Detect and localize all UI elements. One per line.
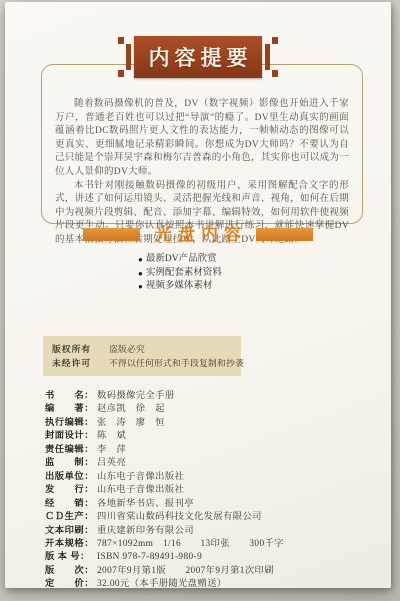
colophon-label: 开本规格：	[45, 538, 97, 551]
colophon-label: 书 名：	[45, 390, 97, 403]
bullet-icon: ●	[138, 267, 143, 281]
scanned-book-page: { "colors": { "banner_rust": "#97421f", …	[0, 0, 400, 601]
cd-list-item: ● 最新DV产品欣赏	[138, 253, 222, 267]
banner-ornament-icon	[272, 37, 278, 44]
cd-contents-heading: 光盘内容	[5, 226, 391, 243]
book-page: 内容提要 随着数码摄像机的普及，DV（数字视频）影像也开始进入千家万户，普通老百…	[5, 2, 391, 588]
colophon-value: 山东电子音像出版社	[97, 471, 184, 484]
cd-contents-list: ● 最新DV产品欣赏 ● 实例配套素材资料 ● 视频多媒体素材	[138, 253, 222, 294]
colophon-label: 定 价：	[45, 578, 97, 591]
colophon-value: 数码摄像完全手册	[97, 390, 175, 403]
colophon-row: 开本规格： 787×1092mm 1/16 13印张 300千字	[45, 538, 371, 551]
colophon-label: 版 本 号：	[45, 551, 97, 564]
colophon-label: 版 次：	[45, 565, 97, 578]
colophon-row: 出版单位： 山东电子音像出版社	[45, 471, 371, 484]
banner-ornament-icon	[126, 44, 131, 70]
content-summary-box: 随着数码摄像机的普及，DV（数字视频）影像也开始进入千家万户，普通老百姓也可以过…	[41, 64, 363, 224]
colophon-value: 陈 斌	[97, 430, 126, 443]
heading-bar-left	[83, 228, 140, 241]
colophon-row: 经 销： 各地新华书店、报刊亭	[45, 498, 371, 511]
colophon-value: 787×1092mm 1/16 13印张 300千字	[97, 538, 284, 551]
cd-item-label: 实例配套素材资料	[146, 267, 222, 281]
cd-list-item: ● 实例配套素材资料	[138, 267, 222, 281]
banner-ornament-icon	[118, 70, 124, 77]
heading-bar-right	[256, 228, 313, 241]
cd-contents-title: 光盘内容	[149, 226, 247, 243]
colophon-value: 32.00元（本手册随光盘赠送）	[97, 578, 227, 591]
colophon-value: 张 涛 廖 恒	[97, 417, 165, 430]
colophon-row: 书 名： 数码摄像完全手册	[45, 390, 371, 403]
colophon-value: ISBN 978-7-89491-980-9	[97, 551, 202, 564]
colophon-label: 文本印刷：	[45, 525, 97, 538]
colophon-row: 版 本 号： ISBN 978-7-89491-980-9	[45, 551, 371, 564]
summary-paragraph-1: 随着数码摄像机的普及，DV（数字视频）影像也开始进入千家万户，普通老百姓也可以过…	[42, 98, 362, 180]
colophon-label: 封面设计：	[45, 430, 97, 443]
colophon-row: 封面设计： 陈 斌	[45, 430, 371, 443]
cd-item-label: 视频多媒体素材	[146, 280, 213, 294]
banner-ornament-icon	[265, 44, 270, 70]
colophon-value: 李 萍	[97, 444, 126, 457]
colophon-row: ＣＤ生产： 四川省棠山数码科技文化发展有限公司	[45, 511, 371, 524]
colophon-value: 重庆建新印务有限公司	[97, 525, 194, 538]
colophon-label: 执行编辑：	[45, 417, 97, 430]
colophon-label: 监 制：	[45, 457, 97, 470]
colophon: 书 名： 数码摄像完全手册 编 著： 赵彦凯 徐 起 执行编辑： 张 涛 廖 恒…	[45, 390, 371, 592]
copyright-label: 未经许可	[52, 356, 109, 370]
colophon-row: 执行编辑： 张 涛 廖 恒	[45, 417, 371, 430]
copyright-text: 盗版必究	[109, 342, 145, 356]
cd-list-item: ● 视频多媒体素材	[138, 280, 222, 294]
colophon-row: 版 次： 2007年9月第1版 2007年9月第1次印刷	[45, 565, 371, 578]
colophon-value: 赵彦凯 徐 起	[97, 403, 165, 416]
cd-item-label: 最新DV产品欣赏	[146, 253, 217, 267]
colophon-value: 吕英亮	[97, 457, 126, 470]
colophon-label: 责任编辑：	[45, 444, 97, 457]
colophon-row: 责任编辑： 李 萍	[45, 444, 371, 457]
colophon-label: 经 销：	[45, 498, 97, 511]
colophon-label: 出版单位：	[45, 471, 97, 484]
copyright-notice-box: 版权所有 盗版必究 未经许可 不得以任何形式和手段复制和抄袭	[43, 336, 241, 376]
copyright-row: 版权所有 盗版必究	[52, 342, 241, 356]
banner-ornament-icon	[118, 37, 124, 44]
colophon-label: ＣＤ生产：	[45, 511, 97, 524]
colophon-value: 2007年9月第1版 2007年9月第1次印刷	[97, 565, 274, 578]
colophon-value: 山东电子音像出版社	[97, 484, 184, 497]
colophon-value: 各地新华书店、报刊亭	[97, 498, 194, 511]
content-summary-title: 内容提要	[144, 42, 253, 72]
colophon-row: 编 著： 赵彦凯 徐 起	[45, 403, 371, 416]
colophon-row: 监 制： 吕英亮	[45, 457, 371, 470]
copyright-text: 不得以任何形式和手段复制和抄袭	[109, 356, 244, 370]
copyright-row: 未经许可 不得以任何形式和手段复制和抄袭	[52, 356, 241, 370]
copyright-label: 版权所有	[52, 342, 109, 356]
colophon-label: 发 行：	[45, 484, 97, 497]
colophon-row: 发 行： 山东电子音像出版社	[45, 484, 371, 497]
bullet-icon: ●	[138, 280, 143, 294]
colophon-label: 编 著：	[45, 403, 97, 416]
colophon-row: 文本印刷： 重庆建新印务有限公司	[45, 525, 371, 538]
content-summary-banner: 内容提要	[134, 36, 262, 78]
colophon-value: 四川省棠山数码科技文化发展有限公司	[97, 511, 262, 524]
bullet-icon: ●	[138, 253, 143, 267]
colophon-row: 定 价： 32.00元（本手册随光盘赠送）	[45, 578, 371, 591]
banner-ornament-icon	[272, 70, 278, 77]
